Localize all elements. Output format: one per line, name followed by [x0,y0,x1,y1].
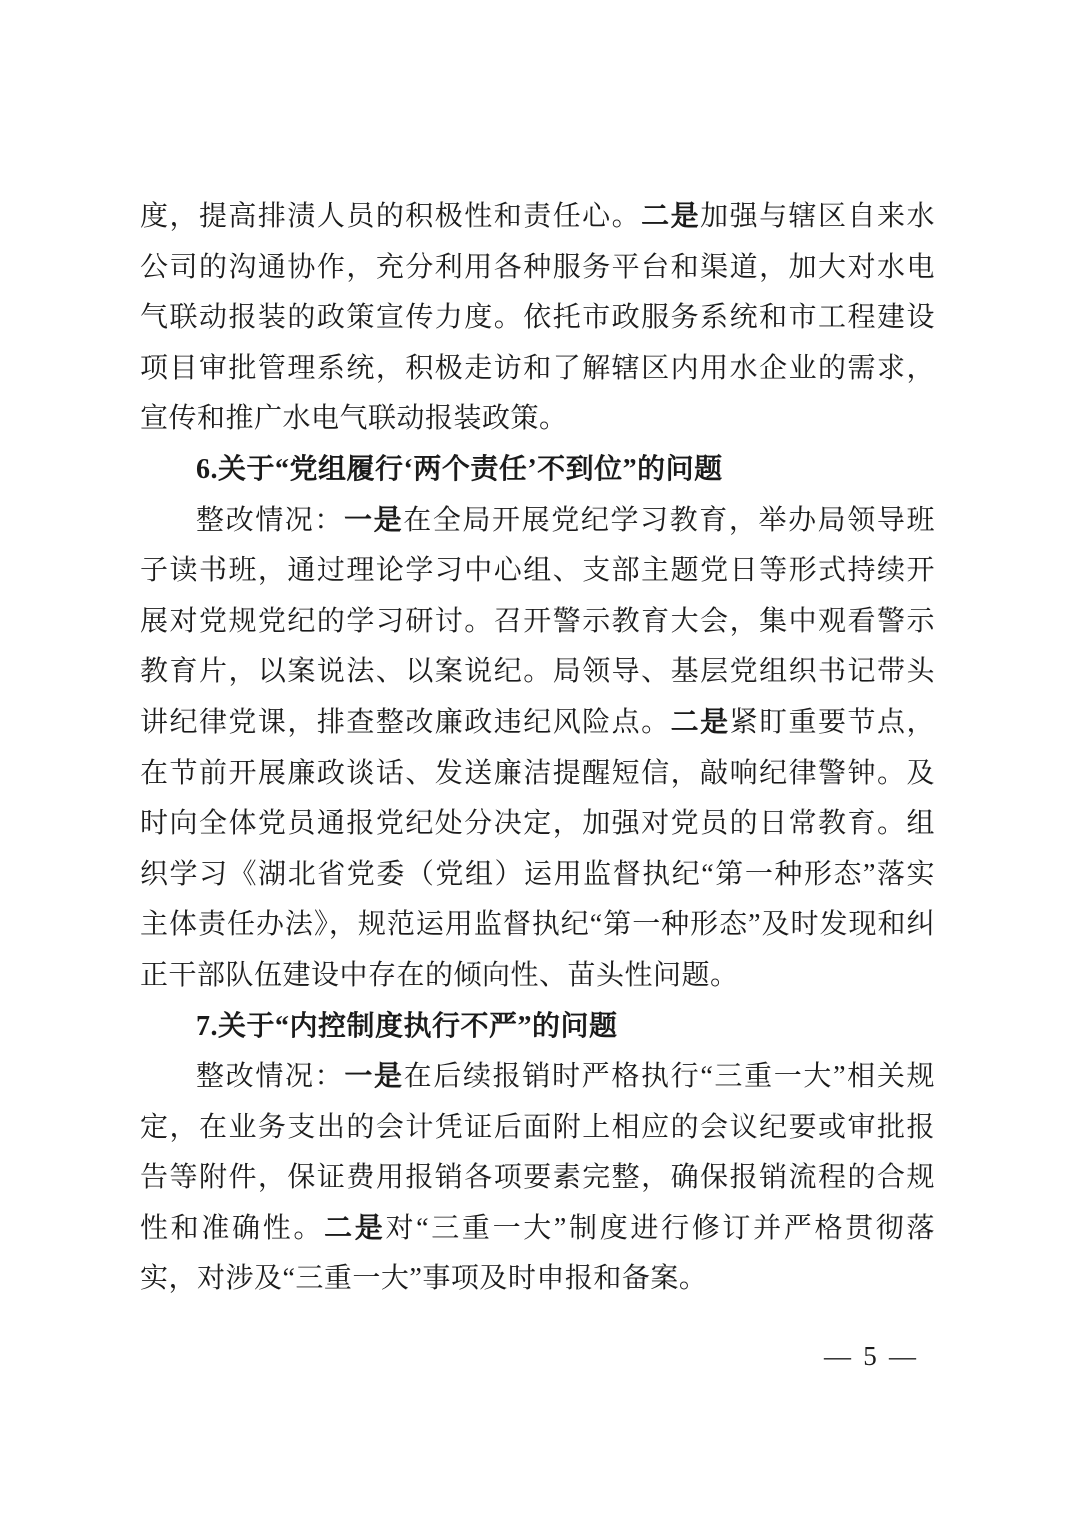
section-heading-7: 7.关于“内控制度执行不严”的问题 [140,1002,935,1053]
paragraph-section-6: 整改情况：一是在全局开展党纪学习教育，举办局领导班子读书班，通过理论学习中心组、… [140,496,935,1002]
bold-marker-yishi: 一是 [344,1061,403,1092]
text-run: 在全局开展党纪学习教育，举办局领导班子读书班，通过理论学习中心组、支部主题党日等… [140,505,935,738]
page-number: — 5 — [824,1340,916,1372]
bold-marker-yishi: 一是 [344,505,403,536]
paragraph-continuation: 度，提高排渍人员的积极性和责任心。二是加强与辖区自来水公司的沟通协作，充分利用各… [140,192,935,445]
document-content: 度，提高排渍人员的积极性和责任心。二是加强与辖区自来水公司的沟通协作，充分利用各… [140,192,935,1305]
text-run: 整改情况： [196,505,344,536]
document-page: 度，提高排渍人员的积极性和责任心。二是加强与辖区自来水公司的沟通协作，充分利用各… [0,0,1074,1520]
page-number-dash-right: — [889,1340,916,1372]
text-run: 加强与辖区自来水公司的沟通协作，充分利用各种服务平台和渠道，加大对水电气联动报装… [140,201,935,434]
section-heading-6: 6.关于“党组履行‘两个责任’不到位”的问题 [140,445,935,496]
paragraph-section-7: 整改情况：一是在后续报销时严格执行“三重一大”相关规定，在业务支出的会计凭证后面… [140,1052,935,1305]
bold-marker-ershi: 二是 [641,201,700,232]
text-run: 整改情况： [196,1061,344,1092]
bold-marker-ershi: 二是 [671,707,730,738]
text-run: 度，提高排渍人员的积极性和责任心。 [140,201,641,232]
page-number-value: 5 [863,1340,877,1372]
text-run: 紧盯重要节点，在节前开展廉政谈话、发送廉洁提醒短信，敲响纪律警钟。及时向全体党员… [140,707,935,991]
bold-marker-ershi: 二是 [324,1213,385,1244]
page-number-dash-left: — [824,1340,851,1372]
